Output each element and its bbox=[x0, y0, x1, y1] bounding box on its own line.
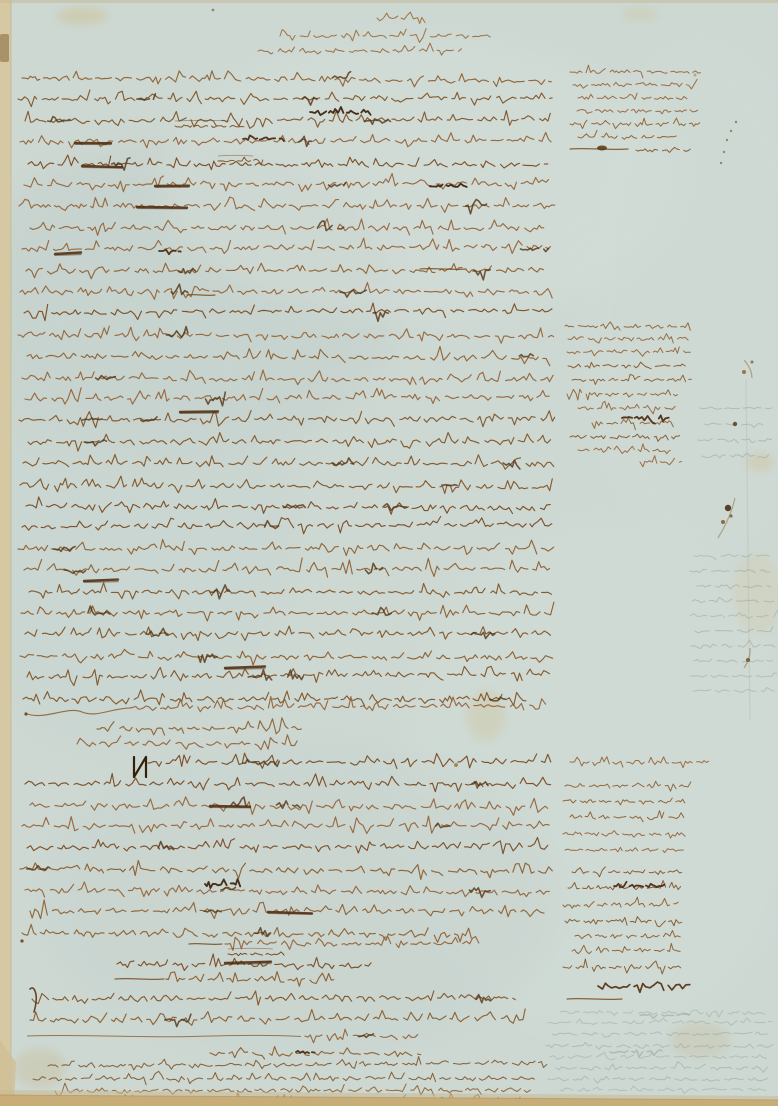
manuscript-svg bbox=[0, 0, 778, 1106]
manuscript-page bbox=[0, 0, 778, 1106]
